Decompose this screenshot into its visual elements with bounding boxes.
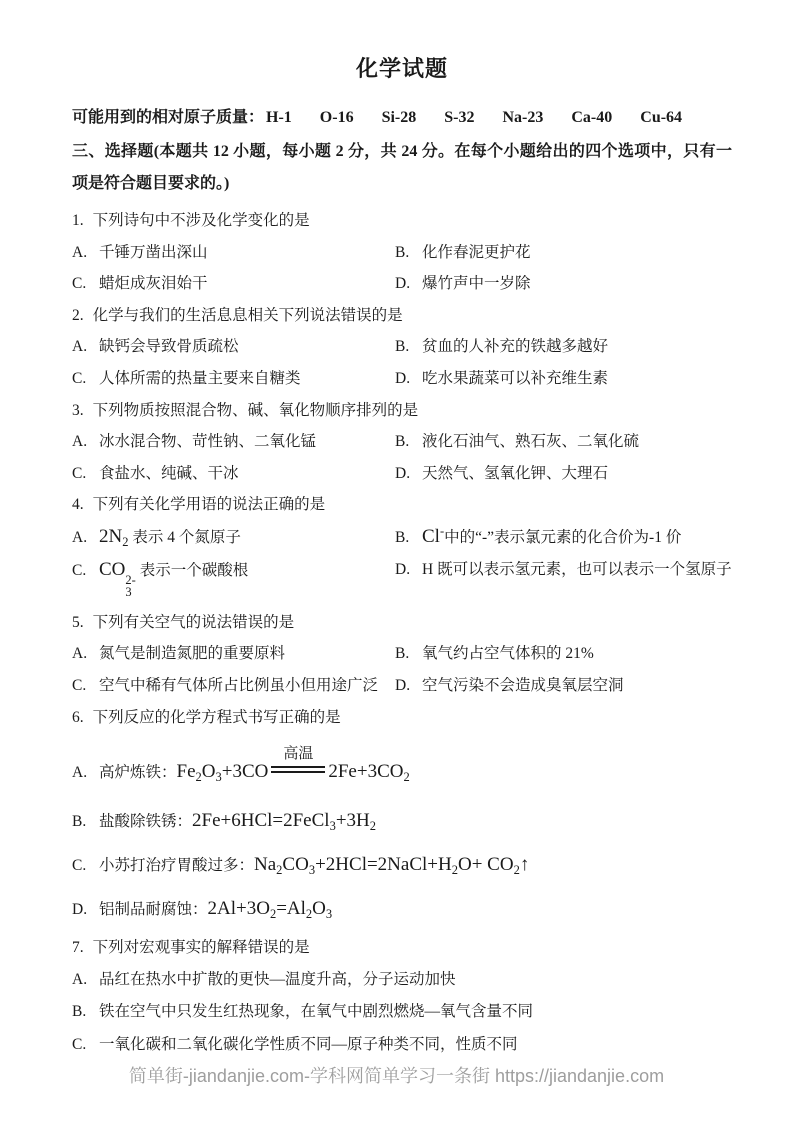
atomic-mass-item: S-32 xyxy=(444,109,474,126)
option-text: 小苏打治疗胃酸过多：Na2CO3+2HCl=2NaCl+H2O+ CO2↑ xyxy=(99,857,529,874)
question-stem: 7.下列对宏观事实的解释错误的是 xyxy=(72,932,732,964)
option-label: D. xyxy=(395,363,411,395)
option-label: C. xyxy=(72,268,88,300)
option-text: 氧气约占空气体积的 21% xyxy=(422,645,594,662)
option-label: B. xyxy=(72,996,88,1028)
option-D: D.铝制品耐腐蚀：2Al+3O2=Al2O3 xyxy=(72,894,732,925)
option-row: C.空气中稀有气体所占比例虽小但用途广泛 D.空气污染不会造成臭氧层空洞 xyxy=(72,670,732,702)
option-row: A.千锤万凿出深山 B.化作春泥更护花 xyxy=(72,237,732,269)
option-row: A.氮气是制造氮肥的重要原料 B.氧气约占空气体积的 21% xyxy=(72,638,732,670)
option-B: B.化作春泥更护花 xyxy=(395,237,531,269)
question-2: 2.化学与我们的生活息息相关下列说法错误的是 A.缺钙会导致骨质疏松 B.贫血的… xyxy=(72,300,732,395)
option-label: C. xyxy=(72,555,88,587)
question-number: 1. xyxy=(72,205,84,237)
option-C: C.食盐水、纯碱、干冰 xyxy=(72,458,395,490)
option-text: 氮气是制造氮肥的重要原料 xyxy=(99,645,285,662)
option-label: A. xyxy=(72,758,88,788)
option-text: Cl-中的“-”表示氯元素的化合价为-1 价 xyxy=(422,529,681,546)
option-row: B.铁在空气中只发生红热现象，在氧气中剧烈燃烧—氧气含量不同 xyxy=(72,996,732,1028)
option-text: 高炉炼铁：Fe2O3+3CO高温2Fe+3CO2 xyxy=(99,764,410,781)
question-3: 3.下列物质按照混合物、碱、氧化物顺序排列的是 A.冰水混合物、苛性钠、二氧化锰… xyxy=(72,395,732,490)
question-stem: 2.化学与我们的生活息息相关下列说法错误的是 xyxy=(72,300,732,332)
option-D: D.爆竹声中一岁除 xyxy=(395,268,531,300)
option-text: 品红在热水中扩散的更快—温度升高，分子运动加快 xyxy=(99,971,456,988)
option-label: D. xyxy=(395,670,411,702)
option-B: B.氧气约占空气体积的 21% xyxy=(395,638,594,670)
option-B: B.贫血的人补充的铁越多越好 xyxy=(395,331,608,363)
option-row: C.人体所需的热量主要来自糖类 D.吃水果蔬菜可以补充维生素 xyxy=(72,363,732,395)
question-text: 下列有关空气的说法错误的是 xyxy=(93,614,295,631)
option-label: A. xyxy=(72,331,88,363)
option-row: D.铝制品耐腐蚀：2Al+3O2=Al2O3 xyxy=(72,884,732,928)
question-7: 7.下列对宏观事实的解释错误的是 A.品红在热水中扩散的更快—温度升高，分子运动… xyxy=(72,932,732,1061)
option-text: 天然气、氢氧化钾、大理石 xyxy=(422,465,608,482)
option-row: C.小苏打治疗胃酸过多：Na2CO3+2HCl=2NaCl+H2O+ CO2↑ xyxy=(72,840,732,884)
option-row: B.盐酸除铁锈：2Fe+6HCl=2FeCl3+3H2 xyxy=(72,796,732,840)
option-label: A. xyxy=(72,638,88,670)
option-label: D. xyxy=(395,458,411,490)
option-B: B.铁在空气中只发生红热现象，在氧气中剧烈燃烧—氧气含量不同 xyxy=(72,996,732,1028)
option-row: A.缺钙会导致骨质疏松 B.贫血的人补充的铁越多越好 xyxy=(72,331,732,363)
option-A: A.品红在热水中扩散的更快—温度升高，分子运动加快 xyxy=(72,964,732,996)
option-text: 液化石油气、熟石灰、二氧化硫 xyxy=(422,433,639,450)
option-text: 铁在空气中只发生红热现象，在氧气中剧烈燃烧—氧气含量不同 xyxy=(99,1003,533,1020)
question-text: 下列反应的化学方程式书写正确的是 xyxy=(93,709,341,726)
option-text: 2N2 表示 4 个氮原子 xyxy=(99,529,241,546)
option-label: C. xyxy=(72,851,88,881)
question-number: 5. xyxy=(72,607,84,639)
option-text: 空气中稀有气体所占比例虽小但用途广泛 xyxy=(99,677,378,694)
option-A: A.缺钙会导致骨质疏松 xyxy=(72,331,395,363)
atomic-mass-item: Cu-64 xyxy=(640,109,682,126)
option-text: 缺钙会导致骨质疏松 xyxy=(99,338,239,355)
option-B: B.液化石油气、熟石灰、二氧化硫 xyxy=(395,426,639,458)
option-text: 食盐水、纯碱、干冰 xyxy=(99,465,239,482)
question-number: 6. xyxy=(72,702,84,734)
question-number: 2. xyxy=(72,300,84,332)
option-C: C.空气中稀有气体所占比例虽小但用途广泛 xyxy=(72,670,395,702)
question-number: 4. xyxy=(72,489,84,521)
exam-page: 化学试题 可能用到的相对原子质量：H-1O-16Si-28S-32Na-23Ca… xyxy=(0,0,793,1122)
option-label: A. xyxy=(72,237,88,269)
option-D: D.H 既可以表示氢元素，也可以表示一个氢原子 xyxy=(395,554,732,599)
option-label: B. xyxy=(395,638,411,670)
option-A: A.千锤万凿出深山 xyxy=(72,237,395,269)
question-stem: 3.下列物质按照混合物、碱、氧化物顺序排列的是 xyxy=(72,395,732,427)
option-label: D. xyxy=(72,895,88,925)
option-C: C.人体所需的热量主要来自糖类 xyxy=(72,363,395,395)
option-D: D.空气污染不会造成臭氧层空洞 xyxy=(395,670,624,702)
option-row: C.食盐水、纯碱、干冰 D.天然气、氢氧化钾、大理石 xyxy=(72,458,732,490)
option-text: 蜡炬成灰泪始干 xyxy=(99,275,208,292)
option-text: H 既可以表示氢元素，也可以表示一个氢原子 xyxy=(422,561,732,578)
atomic-mass-line: 可能用到的相对原子质量：H-1O-16Si-28S-32Na-23Ca-40Cu… xyxy=(72,103,732,133)
option-row: C.CO2-3 表示一个碳酸根 D.H 既可以表示氢元素，也可以表示一个氢原子 xyxy=(72,554,732,599)
option-row: A.品红在热水中扩散的更快—温度升高，分子运动加快 xyxy=(72,964,732,996)
option-label: C. xyxy=(72,363,88,395)
option-A: A.氮气是制造氮肥的重要原料 xyxy=(72,638,395,670)
question-number: 7. xyxy=(72,932,84,964)
option-A: A.2N2 表示 4 个氮原子 xyxy=(72,521,395,554)
page-title: 化学试题 xyxy=(72,52,732,83)
option-label: B. xyxy=(395,426,411,458)
option-text: 化作春泥更护花 xyxy=(422,244,531,261)
option-text: CO2-3 表示一个碳酸根 xyxy=(99,562,248,579)
atomic-mass-item: Si-28 xyxy=(382,109,417,126)
option-row: A.高炉炼铁：Fe2O3+3CO高温2Fe+3CO2 xyxy=(72,733,732,796)
option-row: C.一氧化碳和二氧化碳化学性质不同—原子种类不同，性质不同 xyxy=(72,1029,732,1061)
reaction-condition: 高温 xyxy=(271,766,325,773)
option-D: D.天然气、氢氧化钾、大理石 xyxy=(395,458,608,490)
option-text: 冰水混合物、苛性钠、二氧化锰 xyxy=(99,433,316,450)
question-stem: 4.下列有关化学用语的说法正确的是 xyxy=(72,489,732,521)
option-label: D. xyxy=(395,268,411,300)
atomic-mass-item: Ca-40 xyxy=(571,109,612,126)
option-text: 人体所需的热量主要来自糖类 xyxy=(99,370,301,387)
option-label: A. xyxy=(72,426,88,458)
option-text: 吃水果蔬菜可以补充维生素 xyxy=(422,370,608,387)
option-row: A.2N2 表示 4 个氮原子 B.Cl-中的“-”表示氯元素的化合价为-1 价 xyxy=(72,521,732,554)
question-5: 5.下列有关空气的说法错误的是 A.氮气是制造氮肥的重要原料 B.氧气约占空气体… xyxy=(72,607,732,702)
option-C: C.CO2-3 表示一个碳酸根 xyxy=(72,554,395,599)
option-A: A.高炉炼铁：Fe2O3+3CO高温2Fe+3CO2 xyxy=(72,757,732,788)
question-text: 下列有关化学用语的说法正确的是 xyxy=(93,496,326,513)
option-label: A. xyxy=(72,522,88,554)
option-text: 空气污染不会造成臭氧层空洞 xyxy=(422,677,624,694)
question-1: 1.下列诗句中不涉及化学变化的是 A.千锤万凿出深山 B.化作春泥更护花 C.蜡… xyxy=(72,205,732,300)
atomic-mass-item: H-1 xyxy=(266,109,292,126)
question-stem: 6.下列反应的化学方程式书写正确的是 xyxy=(72,702,732,734)
option-label: A. xyxy=(72,964,88,996)
question-text: 下列诗句中不涉及化学变化的是 xyxy=(93,212,310,229)
question-text: 化学与我们的生活息息相关下列说法错误的是 xyxy=(93,307,403,324)
question-6: 6.下列反应的化学方程式书写正确的是 A.高炉炼铁：Fe2O3+3CO高温2Fe… xyxy=(72,702,732,929)
atomic-mass-item: Na-23 xyxy=(502,109,543,126)
option-D: D.吃水果蔬菜可以补充维生素 xyxy=(395,363,608,395)
option-row: C.蜡炬成灰泪始干 D.爆竹声中一岁除 xyxy=(72,268,732,300)
option-C: C.一氧化碳和二氧化碳化学性质不同—原子种类不同，性质不同 xyxy=(72,1029,732,1061)
option-text: 千锤万凿出深山 xyxy=(99,244,208,261)
option-label: B. xyxy=(395,237,411,269)
option-label: D. xyxy=(395,554,411,586)
option-text: 贫血的人补充的铁越多越好 xyxy=(422,338,608,355)
question-stem: 1.下列诗句中不涉及化学变化的是 xyxy=(72,205,732,237)
question-number: 3. xyxy=(72,395,84,427)
option-label: B. xyxy=(395,331,411,363)
watermark-footer: 简单街-jiandanjie.com-学科网简单学习一条街 https://ji… xyxy=(0,1062,793,1088)
option-text: 爆竹声中一岁除 xyxy=(422,275,531,292)
option-label: C. xyxy=(72,1029,88,1061)
option-A: A.冰水混合物、苛性钠、二氧化锰 xyxy=(72,426,395,458)
section-header: 三、选择题(本题共 12 小题，每小题 2 分，共 24 分。在每个小题给出的四… xyxy=(72,136,732,200)
option-text: 一氧化碳和二氧化碳化学性质不同—原子种类不同，性质不同 xyxy=(99,1036,518,1053)
option-C: C.小苏打治疗胃酸过多：Na2CO3+2HCl=2NaCl+H2O+ CO2↑ xyxy=(72,850,732,881)
option-text: 铝制品耐腐蚀：2Al+3O2=Al2O3 xyxy=(99,901,332,918)
atomic-mass-label: 可能用到的相对原子质量： xyxy=(72,109,264,126)
question-text: 下列对宏观事实的解释错误的是 xyxy=(93,939,310,956)
option-row: A.冰水混合物、苛性钠、二氧化锰 B.液化石油气、熟石灰、二氧化硫 xyxy=(72,426,732,458)
question-4: 4.下列有关化学用语的说法正确的是 A.2N2 表示 4 个氮原子 B.Cl-中… xyxy=(72,489,732,598)
option-B: B.盐酸除铁锈：2Fe+6HCl=2FeCl3+3H2 xyxy=(72,806,732,837)
option-B: B.Cl-中的“-”表示氯元素的化合价为-1 价 xyxy=(395,521,681,554)
option-text: 盐酸除铁锈：2Fe+6HCl=2FeCl3+3H2 xyxy=(99,813,376,830)
question-stem: 5.下列有关空气的说法错误的是 xyxy=(72,607,732,639)
question-text: 下列物质按照混合物、碱、氧化物顺序排列的是 xyxy=(93,402,419,419)
option-label: C. xyxy=(72,670,88,702)
option-label: C. xyxy=(72,458,88,490)
option-C: C.蜡炬成灰泪始干 xyxy=(72,268,395,300)
atomic-mass-item: O-16 xyxy=(320,109,354,126)
option-label: B. xyxy=(395,522,411,554)
option-label: B. xyxy=(72,807,88,837)
